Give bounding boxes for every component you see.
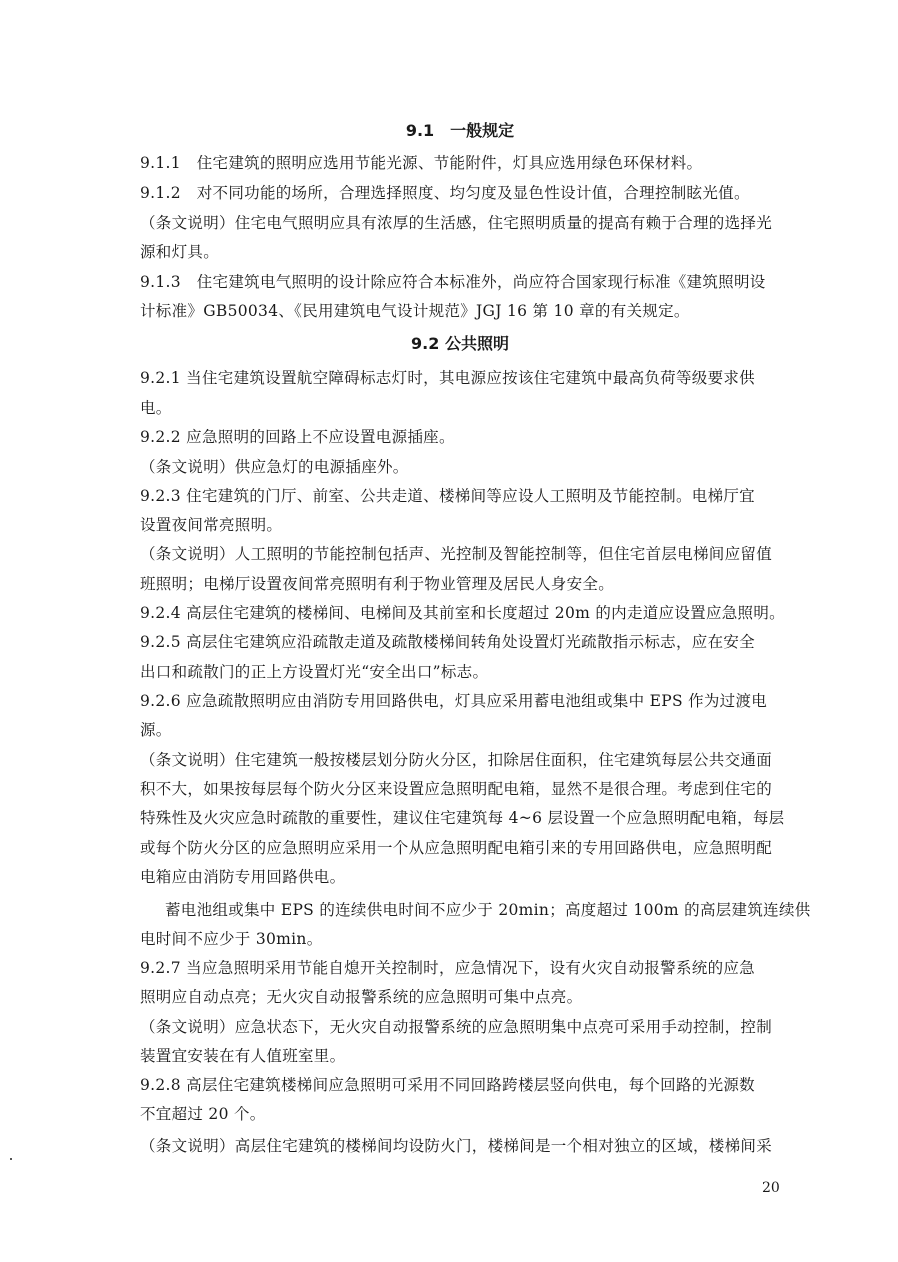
clause-9-2-7: 9.2.7 当应急照明采用节能自熄开关控制时，应急情况下，设有火灾自动报警系统的… [140, 958, 780, 978]
clause-note-line: （条文说明）供应急灯的电源插座外。 [140, 457, 780, 477]
clause-9-2-6: 9.2.6 应急疏散照明应由消防专用回路供电，灯具应采用蓄电池组或集中 EPS … [140, 691, 780, 711]
clause-9-1-1: 9.1.1 住宅建筑的照明应选用节能光源、节能附件，灯具应选用绿色环保材料。 [140, 153, 780, 173]
clause-note-line: 源和灯具。 [140, 242, 780, 262]
clause-note-line: 电时间不应少于 30min。 [140, 929, 780, 949]
clause-9-2-4: 9.2.4 高层住宅建筑的楼梯间、电梯间及其前室和长度超过 20m 的内走道应设… [140, 603, 780, 623]
clause-9-2-2: 9.2.2 应急照明的回路上不应设置电源插座。 [140, 427, 780, 447]
section-heading-9-2: 9.2 公共照明 [140, 334, 780, 354]
clause-9-2-8: 9.2.8 高层住宅建筑楼梯间应急照明可采用不同回路跨楼层竖向供电，每个回路的光… [140, 1075, 780, 1095]
clause-note-line: 或每个防火分区的应急照明应采用一个从应急照明配电箱引来的专用回路供电，应急照明配 [140, 838, 780, 858]
clause-9-2-5-cont: 出口和疏散门的正上方设置灯光“安全出口”标志。 [140, 662, 780, 682]
clause-9-1-3-cont: 计标准》GB50034、《民用建筑电气设计规范》JGJ 16 第 10 章的有关… [140, 301, 780, 321]
clause-note-line: （条文说明）人工照明的节能控制包括声、光控制及智能控制等，但住宅首层电梯间应留值 [140, 544, 780, 564]
clause-9-2-7-cont: 照明应自动点亮；无火灾自动报警系统的应急照明可集中点亮。 [140, 987, 780, 1007]
clause-note-line: 电箱应由消防专用回路供电。 [140, 867, 780, 887]
clause-9-2-3-cont: 设置夜间常亮照明。 [140, 515, 780, 535]
clause-note-paragraph: 蓄电池组或集中 EPS 的连续供电时间不应少于 20min；高度超过 100m … [165, 900, 780, 920]
clause-note-line: 特殊性及火灾应急时疏散的重要性，建议住宅建筑每 4~6 层设置一个应急照明配电箱… [140, 808, 780, 828]
clause-9-2-1-cont: 电。 [140, 398, 780, 418]
clause-9-2-1: 9.2.1 当住宅建筑设置航空障碍标志灯时，其电源应按该住宅建筑中最高负荷等级要… [140, 368, 780, 388]
clause-9-2-5: 9.2.5 高层住宅建筑应沿疏散走道及疏散楼梯间转角处设置灯光疏散指示标志，应在… [140, 632, 780, 652]
page-number: 20 [762, 1180, 780, 1196]
clause-9-2-6-cont: 源。 [140, 720, 780, 740]
clause-note-line: 积不大，如果按每层每个防火分区来设置应急照明配电箱，显然不是很合理。考虑到住宅的 [140, 779, 780, 799]
clause-note-line: 装置宜安装在有人值班室里。 [140, 1046, 780, 1066]
section-heading-9-1: 9.1 一般规定 [140, 121, 780, 141]
clause-9-1-2: 9.1.2 对不同功能的场所，合理选择照度、均匀度及显色性设计值，合理控制眩光值… [140, 183, 780, 203]
clause-note-line: （条文说明）应急状态下，无火灾自动报警系统的应急照明集中点亮可采用手动控制，控制 [140, 1017, 780, 1037]
clause-9-1-3: 9.1.3 住宅建筑电气照明的设计除应符合本标准外，尚应符合国家现行标准《建筑照… [140, 272, 780, 292]
clause-note-line: （条文说明）住宅建筑一般按楼层划分防火分区，扣除居住面积，住宅建筑每层公共交通面 [140, 750, 780, 770]
document-page: 9.1 一般规定 9.1.1 住宅建筑的照明应选用节能光源、节能附件，灯具应选用… [0, 0, 898, 1262]
scan-artifact [10, 1158, 12, 1160]
clause-9-2-8-cont: 不宜超过 20 个。 [140, 1104, 780, 1124]
clause-note-line: 班照明；电梯厅设置夜间常亮照明有利于物业管理及居民人身安全。 [140, 574, 780, 594]
clause-note-line: （条文说明）住宅电气照明应具有浓厚的生活感，住宅照明质量的提高有赖于合理的选择光 [140, 213, 780, 233]
clause-9-2-3: 9.2.3 住宅建筑的门厅、前室、公共走道、楼梯间等应设人工照明及节能控制。电梯… [140, 486, 780, 506]
clause-note-line: （条文说明）高层住宅建筑的楼梯间均设防火门，楼梯间是一个相对独立的区域，楼梯间采 [140, 1136, 780, 1156]
